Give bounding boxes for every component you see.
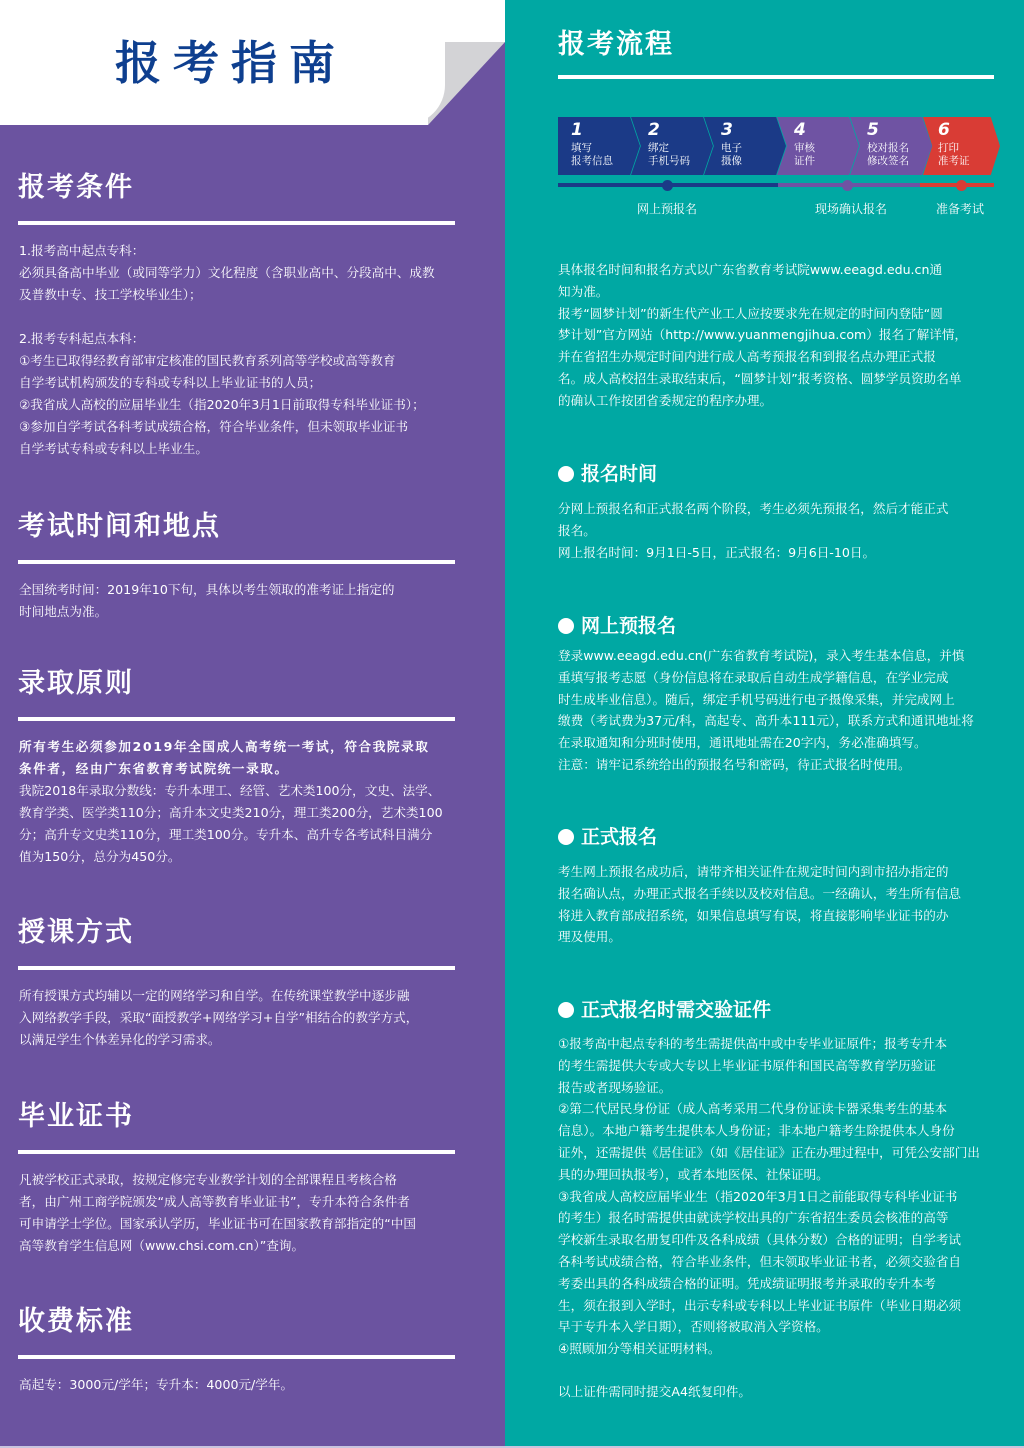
phase-label-online: 网上预报名 <box>637 201 697 217</box>
section-heading: 网上预报名 <box>581 614 676 638</box>
section-body: 考生网上预报名成功后，请带齐相关证件在规定时间内到市招办指定的 报名确认点，办理… <box>558 861 961 948</box>
step-label: 审核 证件 <box>794 142 815 168</box>
section-body-emphasis: 所有考生必须参加2019年全国成人高考统一考试，符合我院录取 条件者，经由广东省… <box>19 736 430 780</box>
section-heading: 授课方式 <box>18 917 134 949</box>
bullet-icon <box>558 1002 574 1018</box>
section-body: ①报考高中起点专科的考生需提供高中或中专毕业证原件；报考专升本 的考生需提供大专… <box>558 1033 980 1360</box>
step-number: 4 <box>794 119 806 141</box>
section-body: 1.报考高中起点专科： 必须具备高中毕业（或同等学力）文化程度（含职业高中、分段… <box>19 240 435 460</box>
page-title: 报考指南 <box>0 28 462 98</box>
section-heading-registration-time: 报名时间 <box>558 462 657 486</box>
section-heading: 正式报名 <box>581 825 657 849</box>
step-3: 3 电子 摄像 <box>704 117 786 175</box>
step-number: 3 <box>721 119 733 141</box>
divider <box>18 1355 455 1359</box>
phase-label-onsite: 现场确认报名 <box>815 201 887 217</box>
section-heading: 录取原则 <box>18 668 134 700</box>
section-body: 所有授课方式均辅以一定的网络学习和自学。在传统课堂教学中逐步融 入网络教学手段，… <box>19 985 418 1051</box>
footer-note: 以上证件需同时提交A4纸复印件。 <box>558 1381 751 1403</box>
step-number: 5 <box>867 119 879 141</box>
timeline-dot-icon <box>842 180 853 191</box>
step-label: 校对报名 修改签名 <box>867 142 909 168</box>
divider <box>18 717 455 721</box>
process-timeline <box>558 183 994 187</box>
timeline-dot-icon <box>956 180 967 191</box>
bullet-icon <box>558 829 574 845</box>
step-label: 打印 准考证 <box>938 142 970 168</box>
step-5: 5 校对报名 修改签名 <box>850 117 932 175</box>
step-number: 2 <box>648 119 660 141</box>
divider <box>18 560 455 564</box>
section-body: 分网上预报名和正式报名两个阶段，考生必须先预报名，然后才能正式 报名。 网上报名… <box>558 498 948 563</box>
bullet-icon <box>558 466 574 482</box>
section-heading: 收费标准 <box>18 1306 134 1338</box>
section-body: 登录www.eeagd.edu.cn(广东省教育考试院)，录入考生基本信息，并慎… <box>558 645 974 776</box>
section-body: 高起专：3000元/学年；专升本：4000元/学年。 <box>19 1374 293 1396</box>
timeline-dot-icon <box>662 180 673 191</box>
section-body: 凡被学校正式录取，按规定修完专业教学计划的全部课程且考核合格 者，由广州工商学院… <box>19 1169 416 1257</box>
step-2: 2 绑定 手机号码 <box>631 117 713 175</box>
divider <box>18 221 455 225</box>
step-6: 6 打印 准考证 <box>923 117 1000 175</box>
section-heading-formal-registration: 正式报名 <box>558 825 657 849</box>
divider <box>558 75 994 79</box>
section-heading: 考试时间和地点 <box>18 511 221 543</box>
process-intro: 具体报名时间和报名方式以广东省教育考试院www.eeagd.edu.cn通 知为… <box>558 259 967 412</box>
process-steps: 1 填写 报考信息 2 绑定 手机号码 3 电子 摄像 4 审核 证件 5 校对… <box>558 117 998 175</box>
section-heading: 毕业证书 <box>18 1101 134 1133</box>
step-1: 1 填写 报考信息 <box>558 117 640 175</box>
section-body: 我院2018年录取分数线：专升本理工、经管、艺术类100分，文史、法学、 教育学… <box>19 780 443 868</box>
step-number: 6 <box>938 119 950 141</box>
process-title: 报考流程 <box>558 29 674 61</box>
step-number: 1 <box>571 119 583 141</box>
step-label: 绑定 手机号码 <box>648 142 690 168</box>
section-heading-required-documents: 正式报名时需交验证件 <box>558 998 771 1022</box>
bullet-icon <box>558 618 574 634</box>
divider <box>18 966 455 970</box>
section-body: 全国统考时间：2019年10下旬，具体以考生领取的准考证上指定的 时间地点为准。 <box>19 579 395 623</box>
section-heading: 正式报名时需交验证件 <box>581 998 771 1022</box>
step-label: 电子 摄像 <box>721 142 742 168</box>
step-4: 4 审核 证件 <box>777 117 859 175</box>
left-panel: 报考指南 报考条件 1.报考高中起点专科： 必须具备高中毕业（或同等学力）文化程… <box>0 0 505 1448</box>
divider <box>18 1150 455 1154</box>
section-heading-online-preregistration: 网上预报名 <box>558 614 676 638</box>
step-label: 填写 报考信息 <box>571 142 613 168</box>
phase-label-exam: 准备考试 <box>936 201 984 217</box>
section-heading: 报考条件 <box>18 172 134 204</box>
section-heading: 报名时间 <box>581 462 657 486</box>
